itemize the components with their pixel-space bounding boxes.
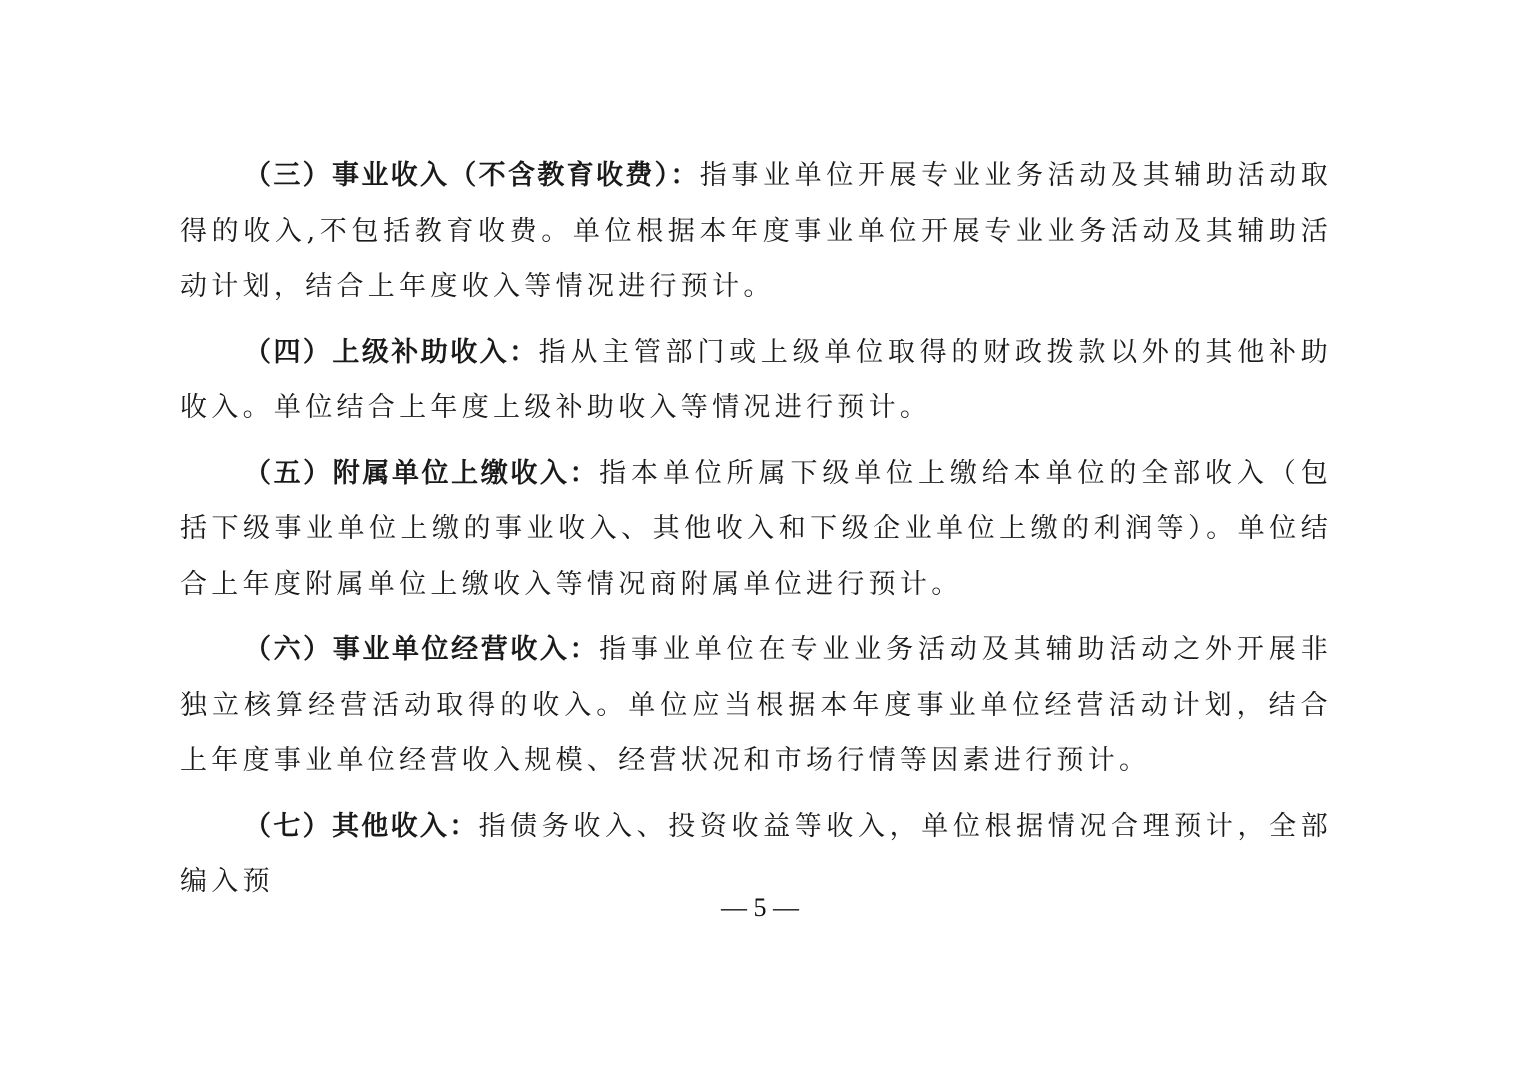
paragraph-operating-income: （六）事业单位经营收入：指事业单位在专业业务活动及其辅助活动之外开展非独立核算经… xyxy=(180,622,1332,789)
document-page: （三）事业收入（不含教育收费）：指事业单位开展专业业务活动及其辅助活动取得的收入… xyxy=(180,148,1332,920)
paragraph-heading: （六）事业单位经营收入： xyxy=(244,634,599,665)
paragraph-business-income: （三）事业收入（不含教育收费）：指事业单位开展专业业务活动及其辅助活动取得的收入… xyxy=(180,148,1332,315)
paragraph-heading: （五）附属单位上缴收入： xyxy=(244,458,599,489)
paragraph-heading: （三）事业收入（不含教育收费）： xyxy=(244,160,700,191)
paragraph-affiliated-unit-income: （五）附属单位上缴收入：指本单位所属下级单位上缴给本单位的全部收入（包括下级事业… xyxy=(180,446,1332,613)
paragraph-heading: （七）其他收入： xyxy=(244,811,479,842)
paragraph-heading: （四）上级补助收入： xyxy=(244,337,539,368)
page-number: — 5 — xyxy=(0,893,1520,923)
paragraph-superior-subsidy-income: （四）上级补助收入：指从主管部门或上级单位取得的财政拨款以外的其他补助收入。单位… xyxy=(180,325,1332,436)
